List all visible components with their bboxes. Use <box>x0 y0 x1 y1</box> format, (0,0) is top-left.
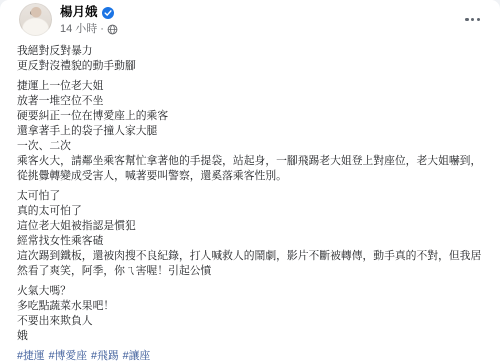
hashtag-link[interactable]: #博愛座 <box>49 350 87 362</box>
post-paragraphs: 我絕對反對暴力更反對沒禮貌的動手動腳捷運上一位老大姐放著一堆空位不坐硬要糾正一位… <box>17 44 484 344</box>
post-text-line: 捷運上一位老大姐 <box>17 79 484 94</box>
post-text-line: 更反對沒禮貌的動手動腳 <box>17 59 484 74</box>
post-paragraph: 捷運上一位老大姐放著一堆空位不坐硬要糾正一位在博愛座上的乘客還拿著手上的袋子撞人… <box>17 79 484 184</box>
post-text-body: 我絕對反對暴力更反對沒禮貌的動手動腳捷運上一位老大姐放著一堆空位不坐硬要糾正一位… <box>0 36 500 362</box>
post-text-line: 硬要糾正一位在博愛座上的乘客 <box>17 109 484 124</box>
hashtag-link[interactable]: #飛踢 <box>91 350 119 362</box>
hashtag-row: #捷運#博愛座#飛踢#讓座 <box>17 349 484 362</box>
post-text-line: 多吃點蔬菜水果吧！ <box>17 299 484 314</box>
post-header-meta: 楊月娥 14 小時 · <box>60 3 118 35</box>
ellipsis-dot <box>471 18 474 21</box>
verified-badge-icon <box>102 7 114 19</box>
post-text-line: 放著一堆空位不坐 <box>17 94 484 109</box>
author-avatar[interactable] <box>19 3 52 36</box>
post-text-line: 經常找女性乘客碴 <box>17 234 484 249</box>
post-text-line: 我絕對反對暴力 <box>17 44 484 59</box>
facebook-post-card: 楊月娥 14 小時 · <box>0 0 500 362</box>
post-text-line: 乘客火大，請鄰坐乘客幫忙拿著他的手提袋，站起身，一腳飛踢老大姐登上對座位，老大姐… <box>17 154 484 184</box>
author-name[interactable]: 楊月娥 <box>60 5 98 20</box>
post-text-line: 這次踢到鐵板，還被肉搜不良紀錄，打人喊救人的鬧劇，影片不斷被轉傳，動手真的不對，… <box>17 249 484 279</box>
hashtag-link[interactable]: #讓座 <box>123 350 151 362</box>
ellipsis-dot <box>477 18 480 21</box>
post-header: 楊月娥 14 小時 · <box>0 0 500 36</box>
meta-separator: · <box>100 23 104 35</box>
post-meta-row: 14 小時 · <box>60 23 118 35</box>
post-text-line: 一次、二次 <box>17 139 484 154</box>
hashtag-link[interactable]: #捷運 <box>17 350 45 362</box>
post-text-line: 真的太可怕了 <box>17 204 484 219</box>
post-text-line: 這位老大姐被指認是慣犯 <box>17 219 484 234</box>
post-text-line: 娥 <box>17 329 484 344</box>
more-options-button[interactable] <box>461 12 484 27</box>
author-name-row: 楊月娥 <box>60 5 118 20</box>
post-paragraph: 火氣大嗎？多吃點蔬菜水果吧！不要出來欺負人娥 <box>17 284 484 344</box>
post-text-line: 不要出來欺負人 <box>17 314 484 329</box>
post-text-line: 太可怕了 <box>17 189 484 204</box>
ellipsis-dot <box>465 18 468 21</box>
post-text-line: 火氣大嗎？ <box>17 284 484 299</box>
timestamp[interactable]: 14 小時 <box>60 23 97 35</box>
post-paragraph: 太可怕了真的太可怕了這位老大姐被指認是慣犯經常找女性乘客碴這次踢到鐵板，還被肉搜… <box>17 189 484 279</box>
post-paragraph: 我絕對反對暴力更反對沒禮貌的動手動腳 <box>17 44 484 74</box>
post-text-line: 還拿著手上的袋子撞人家大腿 <box>17 124 484 139</box>
globe-icon <box>107 24 118 35</box>
